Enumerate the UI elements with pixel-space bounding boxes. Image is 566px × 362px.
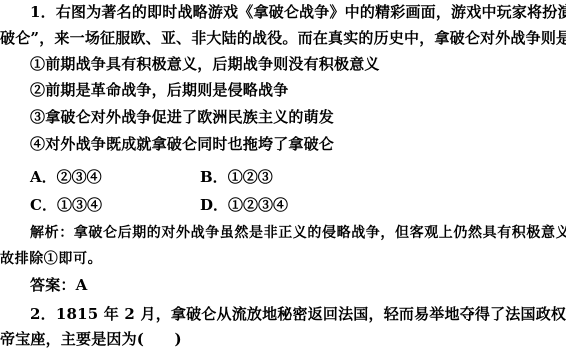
q1-statement-1: ①前期战争具有积极意义，后期战争则没有积极意义	[30, 55, 380, 73]
q1-statement-3: ③拿破仑对外战争促进了欧洲民族主义的萌发	[30, 108, 334, 126]
q1-option-a: A．②③④	[30, 168, 102, 186]
option-label: D．	[200, 196, 228, 214]
option-label: C．	[30, 196, 57, 214]
option-value: ①③④	[57, 196, 102, 214]
q1-analysis-line2: 故排除①即可。	[0, 250, 102, 268]
q1-analysis-line1: 解析：拿破仑后期的对外战争虽然是非正义的侵略战争，但客观上仍然具有积极意义，	[30, 224, 566, 242]
q1-statement-4: ④对外战争既成就拿破仑同时也拖垮了拿破仑	[30, 135, 334, 153]
q1-stem-line1: 1．右图为著名的即时战略游戏《拿破仑战争》中的精彩画面，游戏中玩家将扮演“拿	[30, 3, 566, 21]
q1-stem-line2: 破仑”，来一场征服欧、亚、非大陆的战役。而在真实的历史中，拿破仑对外战争则是( …	[0, 29, 566, 47]
q1-answer: 答案：A	[30, 276, 87, 294]
q1-statement-2: ②前期是革命战争，后期则是侵略战争	[30, 81, 288, 99]
option-value: ①②③	[228, 168, 273, 186]
q1-option-b: B．①②③	[200, 168, 273, 186]
option-value: ①②③④	[228, 196, 288, 214]
q1-option-c: C．①③④	[30, 196, 102, 214]
q2-stem-line1: 2．1815 年 2 月，拿破仑从流放地秘密返回法国，轻而易举地夺得了法国政权，…	[30, 305, 566, 323]
option-label: A．	[30, 168, 57, 186]
option-value: ②③④	[57, 168, 102, 186]
q1-option-d: D．①②③④	[200, 196, 288, 214]
q2-stem-line2: 帝宝座，主要是因为( )	[0, 330, 182, 348]
option-label: B．	[200, 168, 228, 186]
